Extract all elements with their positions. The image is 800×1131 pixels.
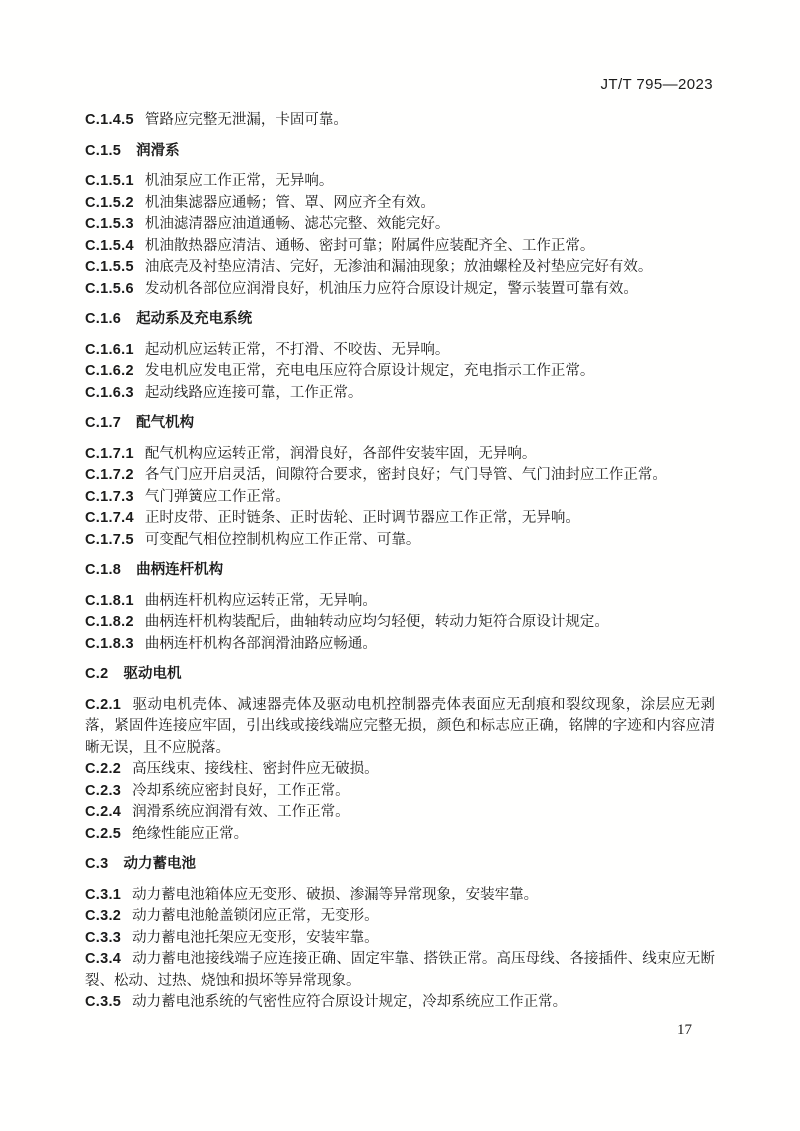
clause-number: C.1.8.1 [85, 593, 145, 609]
clause-number: C.1.7.4 [85, 510, 145, 526]
clause-row: C.3.4动力蓄电池接线端子应连接正确、固定牢靠、搭铁正常。高压母线、各接插件、… [85, 949, 715, 992]
clause-text: 机油滤清器应油道通畅、滤芯完整、效能完好。 [145, 216, 450, 232]
clause-row: C.1.7.1配气机构应运转正常，润滑良好，各部件安装牢固，无异响。 [85, 444, 715, 466]
clause-text: 动力蓄电池 [123, 856, 196, 872]
clause-row: C.1.5.3机油滤清器应油道通畅、滤芯完整、效能完好。 [85, 214, 715, 236]
clause-number: C.1.5.2 [85, 195, 145, 211]
clause-text: 起动机应运转正常，不打滑、不咬齿、无异响。 [145, 342, 450, 358]
clause-number: C.2.1 [85, 697, 132, 713]
clause-number: C.1.7.5 [85, 532, 145, 548]
clause-number: C.1.8 [85, 562, 136, 578]
clause-text: 动力蓄电池箱体应无变形、破损、渗漏等异常现象，安装牢靠。 [132, 887, 538, 903]
clause-row: C.1.8.2曲柄连杆机构装配后，曲轴转动应均匀轻便，转动力矩符合原设计规定。 [85, 612, 715, 634]
clause-row: C.2.4润滑系统应润滑有效、工作正常。 [85, 802, 715, 824]
clause-row: C.2.5绝缘性能应正常。 [85, 824, 715, 846]
clause-text: 动力蓄电池托架应无变形，安装牢靠。 [132, 930, 379, 946]
clause-row: C.1.5.2机油集滤器应通畅；管、罩、网应齐全有效。 [85, 193, 715, 215]
clause-text: 曲柄连杆机构装配后，曲轴转动应均匀轻便，转动力矩符合原设计规定。 [145, 614, 609, 630]
clause-number: C.3.4 [85, 951, 132, 967]
clause-row: C.1.7.5可变配气相位控制机构应工作正常、可靠。 [85, 530, 715, 552]
clause-row: C.3.1动力蓄电池箱体应无变形、破损、渗漏等异常现象，安装牢靠。 [85, 885, 715, 907]
document-page: JT/T 795—2023 C.1.4.5管路应完整无泄漏，卡固可靠。 C.1.… [0, 0, 800, 1131]
clause-text: 驱动电机壳体、减速器壳体及驱动电机控制器壳体表面应无刮痕和裂纹现象，涂层应无剥落… [85, 697, 715, 756]
clause-number: C.1.8.2 [85, 614, 145, 630]
section-heading: C.1.6起动系及充电系统 [85, 309, 715, 331]
clause-text: 绝缘性能应正常。 [132, 826, 248, 842]
clause-text: 动力蓄电池系统的气密性应符合原设计规定，冷却系统应工作正常。 [132, 994, 567, 1010]
clause-row: C.1.7.3气门弹簧应工作正常。 [85, 487, 715, 509]
clause-number: C.1.7.1 [85, 446, 145, 462]
clause-number: C.3.3 [85, 930, 132, 946]
clause-number: C.2 [85, 666, 123, 682]
clause-text: 润滑系统应润滑有效、工作正常。 [132, 804, 350, 820]
document-header: JT/T 795—2023 [85, 76, 713, 94]
clause-row: C.1.5.5油底壳及衬垫应清洁、完好，无渗油和漏油现象；放油螺栓及衬垫应完好有… [85, 257, 715, 279]
clause-row: C.2.2高压线束、接线柱、密封件应无破损。 [85, 759, 715, 781]
clause-number: C.1.5.6 [85, 281, 145, 297]
clause-number: C.1.6.1 [85, 342, 145, 358]
clause-row: C.1.5.6发动机各部位应润滑良好，机油压力应符合原设计规定，警示装置可靠有效… [85, 279, 715, 301]
clause-row: C.1.8.3曲柄连杆机构各部润滑油路应畅通。 [85, 634, 715, 656]
clause-number: C.3.2 [85, 908, 132, 924]
clause-text: 配气机构 [136, 415, 194, 431]
clause-number: C.1.5.1 [85, 173, 145, 189]
clause-text: 驱动电机 [123, 666, 181, 682]
clause-text: 曲柄连杆机构各部润滑油路应畅通。 [145, 636, 377, 652]
clause-text: 起动线路应连接可靠，工作正常。 [145, 385, 363, 401]
clause-number: C.2.2 [85, 761, 132, 777]
clause-number: C.2.3 [85, 783, 132, 799]
clause-number: C.1.5 [85, 143, 136, 159]
clause-row: C.3.3动力蓄电池托架应无变形，安装牢靠。 [85, 928, 715, 950]
clause-text: 机油散热器应清洁、通畅、密封可靠；附属件应装配齐全、工作正常。 [145, 238, 595, 254]
section-heading: C.1.7配气机构 [85, 413, 715, 435]
section-heading: C.1.5润滑系 [85, 141, 715, 163]
clause-row: C.1.4.5管路应完整无泄漏，卡固可靠。 [85, 110, 715, 132]
clause-number: C.1.5.3 [85, 216, 145, 232]
clause-number: C.1.7 [85, 415, 136, 431]
clause-number: C.1.4.5 [85, 112, 145, 128]
clause-row: C.2.1驱动电机壳体、减速器壳体及驱动电机控制器壳体表面应无刮痕和裂纹现象，涂… [85, 695, 715, 760]
page-number: 17 [677, 1022, 692, 1038]
clause-text: 各气门应开启灵活，间隙符合要求，密封良好；气门导管、气门油封应工作正常。 [145, 467, 667, 483]
document-body: C.1.4.5管路应完整无泄漏，卡固可靠。 C.1.5润滑系 C.1.5.1机油… [85, 110, 715, 1014]
clause-number: C.1.6.2 [85, 363, 145, 379]
clause-text: 动力蓄电池接线端子应连接正确、固定牢靠、搭铁正常。高压母线、各接插件、线束应无断… [85, 951, 715, 989]
clause-number: C.1.5.5 [85, 259, 145, 275]
clause-number: C.2.5 [85, 826, 132, 842]
clause-row: C.1.7.2各气门应开启灵活，间隙符合要求，密封良好；气门导管、气门油封应工作… [85, 465, 715, 487]
clause-text: 配气机构应运转正常，润滑良好，各部件安装牢固，无异响。 [145, 446, 537, 462]
clause-text: 油底壳及衬垫应清洁、完好，无渗油和漏油现象；放油螺栓及衬垫应完好有效。 [145, 259, 653, 275]
clause-text: 润滑系 [136, 143, 180, 159]
clause-text: 机油集滤器应通畅；管、罩、网应齐全有效。 [145, 195, 435, 211]
clause-row: C.1.6.1起动机应运转正常，不打滑、不咬齿、无异响。 [85, 340, 715, 362]
clause-number: C.3.5 [85, 994, 132, 1010]
clause-number: C.1.7.3 [85, 489, 145, 505]
clause-row: C.1.5.1机油泵应工作正常，无异响。 [85, 171, 715, 193]
section-heading: C.1.8曲柄连杆机构 [85, 560, 715, 582]
clause-text: 曲柄连杆机构 [136, 562, 223, 578]
clause-number: C.1.5.4 [85, 238, 145, 254]
doc-number: JT/T 795—2023 [601, 76, 714, 93]
clause-text: 管路应完整无泄漏，卡固可靠。 [145, 112, 348, 128]
clause-text: 曲柄连杆机构应运转正常，无异响。 [145, 593, 377, 609]
document-footer: 17 [677, 1021, 692, 1039]
clause-row: C.3.2动力蓄电池舱盖锁闭应正常，无变形。 [85, 906, 715, 928]
clause-row: C.1.8.1曲柄连杆机构应运转正常，无异响。 [85, 591, 715, 613]
clause-text: 可变配气相位控制机构应工作正常、可靠。 [145, 532, 421, 548]
clause-row: C.1.7.4正时皮带、正时链条、正时齿轮、正时调节器应工作正常，无异响。 [85, 508, 715, 530]
clause-number: C.3 [85, 856, 123, 872]
clause-text: 发动机各部位应润滑良好，机油压力应符合原设计规定，警示装置可靠有效。 [145, 281, 638, 297]
clause-text: 气门弹簧应工作正常。 [145, 489, 290, 505]
clause-number: C.3.1 [85, 887, 132, 903]
clause-row: C.1.5.4机油散热器应清洁、通畅、密封可靠；附属件应装配齐全、工作正常。 [85, 236, 715, 258]
clause-text: 机油泵应工作正常，无异响。 [145, 173, 334, 189]
section-heading: C.3动力蓄电池 [85, 854, 715, 876]
clause-row: C.3.5动力蓄电池系统的气密性应符合原设计规定，冷却系统应工作正常。 [85, 992, 715, 1014]
clause-number: C.1.7.2 [85, 467, 145, 483]
clause-text: 高压线束、接线柱、密封件应无破损。 [132, 761, 379, 777]
clause-row: C.1.6.3起动线路应连接可靠，工作正常。 [85, 383, 715, 405]
clause-number: C.1.6.3 [85, 385, 145, 401]
clause-number: C.1.8.3 [85, 636, 145, 652]
clause-number: C.2.4 [85, 804, 132, 820]
clause-text: 动力蓄电池舱盖锁闭应正常，无变形。 [132, 908, 379, 924]
clause-number: C.1.6 [85, 311, 136, 327]
clause-text: 冷却系统应密封良好，工作正常。 [132, 783, 350, 799]
section-heading: C.2驱动电机 [85, 664, 715, 686]
clause-text: 发电机应发电正常，充电电压应符合原设计规定，充电指示工作正常。 [145, 363, 595, 379]
clause-text: 正时皮带、正时链条、正时齿轮、正时调节器应工作正常，无异响。 [145, 510, 580, 526]
clause-text: 起动系及充电系统 [136, 311, 252, 327]
clause-row: C.1.6.2发电机应发电正常，充电电压应符合原设计规定，充电指示工作正常。 [85, 361, 715, 383]
clause-row: C.2.3冷却系统应密封良好，工作正常。 [85, 781, 715, 803]
